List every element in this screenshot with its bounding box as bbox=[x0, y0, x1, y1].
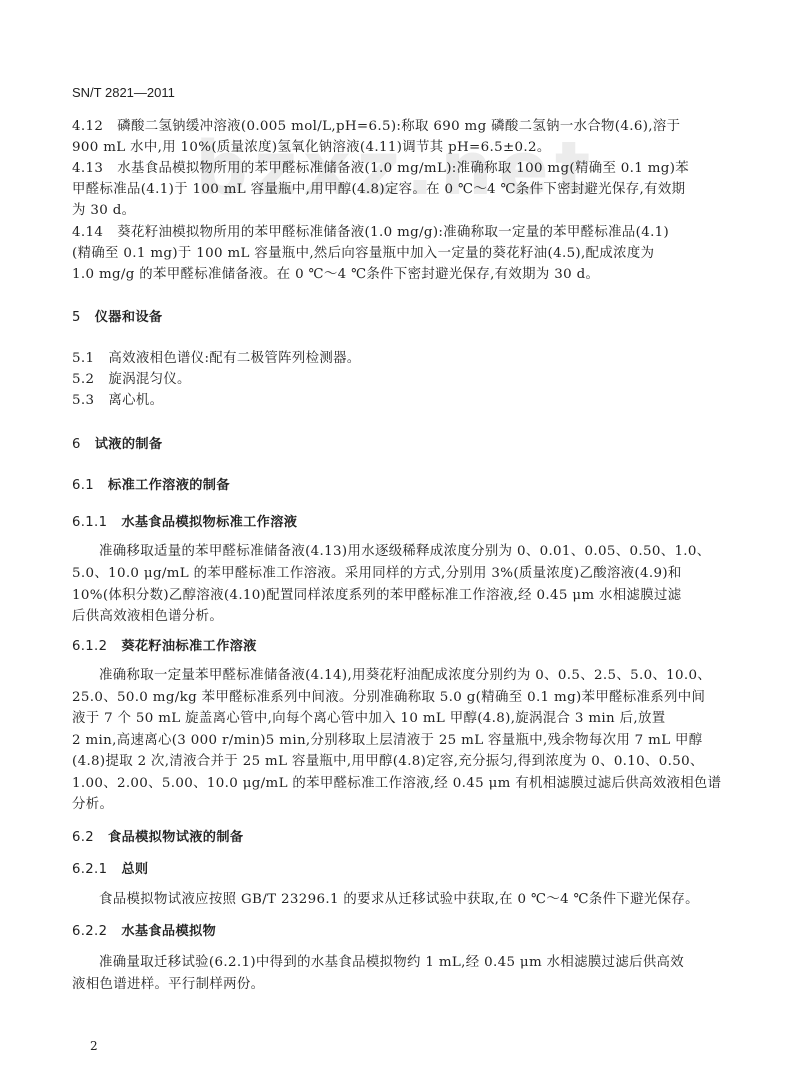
para-6-1-2-line-2: 25.0、50.0 mg/kg 苯甲醛标准系列中间液。分别准确称取 5.0 g(… bbox=[72, 690, 705, 706]
section-number: 6.1.1 bbox=[72, 515, 107, 531]
para-6-1-1-line-4: 后供高效液相色谱分析。 bbox=[72, 609, 223, 625]
item-text: 离心机。 bbox=[108, 393, 163, 408]
para-6-2-2-line-2: 液相色谱进样。平行制样两份。 bbox=[72, 977, 264, 993]
section-title: 食品模拟物试液的制备 bbox=[108, 830, 243, 845]
section-6-1-2-heading: 6.1.2葵花籽油标准工作溶液 bbox=[72, 639, 257, 655]
item-5-2: 5.2旋涡混匀仪。 bbox=[72, 372, 191, 388]
section-6-1-1-heading: 6.1.1水基食品模拟物标准工作溶液 bbox=[72, 515, 297, 531]
section-number: 6.2.1 bbox=[72, 862, 107, 878]
clause-text: 磷酸二氢钠缓冲溶液(0.005 mol/L,pH=6.5):称取 690 mg … bbox=[117, 119, 680, 134]
section-5-heading: 5仪器和设备 bbox=[72, 310, 162, 326]
item-text: 高效液相色谱仪:配有二极管阵列检测器。 bbox=[108, 351, 360, 366]
clause-text: 水基食品模拟物所用的苯甲醛标准储备液(1.0 mg/mL):准确称取 100 m… bbox=[117, 161, 689, 176]
clause-number: 4.12 bbox=[72, 119, 103, 135]
document-page: bzxz.net SN/T 2821—2011 4.12磷酸二氢钠缓冲溶液(0.… bbox=[0, 0, 800, 1090]
para-6-2-2-line-1: 准确量取迁移试验(6.2.1)中得到的水基食品模拟物约 1 mL,经 0.45 … bbox=[99, 955, 684, 971]
para-6-1-1-line-1: 准确移取适量的苯甲醛标准储备液(4.13)用水逐级稀释成浓度分别为 0、0.01… bbox=[99, 544, 711, 560]
section-title: 总则 bbox=[121, 862, 148, 877]
clause-number: 4.13 bbox=[72, 161, 103, 177]
para-6-1-2-line-6: 1.00、2.00、5.00、10.0 μg/mL 的苯甲醛标准工作溶液,经 0… bbox=[72, 776, 721, 792]
section-title: 葵花籽油标准工作溶液 bbox=[121, 639, 256, 654]
section-6-2-2-heading: 6.2.2水基食品模拟物 bbox=[72, 924, 216, 940]
clause-4-13-line-3: 为 30 d。 bbox=[72, 203, 135, 219]
clause-number: 4.14 bbox=[72, 225, 103, 241]
section-6-heading: 6试液的制备 bbox=[72, 437, 162, 453]
section-number: 6.1.2 bbox=[72, 639, 107, 655]
section-title: 水基食品模拟物 bbox=[121, 924, 216, 939]
section-title: 仪器和设备 bbox=[95, 310, 163, 325]
para-6-1-1-line-3: 10%(体积分数)乙醇溶液(4.10)配置同样浓度系列的苯甲醛标准工作溶液,经 … bbox=[72, 588, 682, 604]
standard-code-header: SN/T 2821—2011 bbox=[72, 85, 175, 101]
para-6-1-2-line-1: 准确称取一定量苯甲醛标准储备液(4.14),用葵花籽油配成浓度分别约为 0、0.… bbox=[99, 668, 711, 684]
para-6-1-1-line-2: 5.0、10.0 μg/mL 的苯甲醛标准工作溶液。采用同样的方式,分别用 3%… bbox=[72, 566, 682, 582]
section-6-1-heading: 6.1标准工作溶液的制备 bbox=[72, 478, 230, 494]
section-title: 试液的制备 bbox=[95, 437, 163, 452]
section-6-2-1-heading: 6.2.1总则 bbox=[72, 862, 148, 878]
section-number: 6.2.2 bbox=[72, 924, 107, 940]
item-number: 5.1 bbox=[72, 351, 94, 367]
para-6-1-2-line-3: 液于 7 个 50 mL 旋盖离心管中,向每个离心管中加入 10 mL 甲醇(4… bbox=[72, 711, 665, 727]
item-number: 5.2 bbox=[72, 372, 94, 388]
clause-4-14-line-1: 4.14葵花籽油模拟物所用的苯甲醛标准储备液(1.0 mg/g):准确称取一定量… bbox=[72, 225, 669, 241]
section-number: 6.2 bbox=[72, 830, 94, 846]
clause-text: 葵花籽油模拟物所用的苯甲醛标准储备液(1.0 mg/g):准确称取一定量的苯甲醛… bbox=[117, 225, 669, 240]
clause-4-12-line-2: 900 mL 水中,用 10%(质量浓度)氢氧化钠溶液(4.11)调节其 pH=… bbox=[72, 140, 551, 156]
clause-4-14-line-3: 1.0 mg/g 的苯甲醛标准储备液。在 0 ℃～4 ℃条件下密封避光保存,有效… bbox=[72, 267, 599, 283]
clause-4-13-line-1: 4.13水基食品模拟物所用的苯甲醛标准储备液(1.0 mg/mL):准确称取 1… bbox=[72, 161, 689, 177]
clause-4-12-line-1: 4.12磷酸二氢钠缓冲溶液(0.005 mol/L,pH=6.5):称取 690… bbox=[72, 119, 680, 135]
section-number: 5 bbox=[72, 310, 81, 326]
clause-4-13-line-2: 甲醛标准品(4.1)于 100 mL 容量瓶中,用甲醇(4.8)定容。在 0 ℃… bbox=[72, 182, 685, 198]
section-title: 标准工作溶液的制备 bbox=[108, 478, 230, 493]
item-5-3: 5.3离心机。 bbox=[72, 393, 163, 409]
para-6-1-2-line-7: 分析。 bbox=[72, 797, 113, 813]
para-6-1-2-line-4: 2 min,高速离心(3 000 r/min)5 min,分别移取上层清液于 2… bbox=[72, 733, 703, 749]
section-6-2-heading: 6.2食品模拟物试液的制备 bbox=[72, 830, 243, 846]
clause-4-14-line-2: (精确至 0.1 mg)于 100 mL 容量瓶中,然后向容量瓶中加入一定量的葵… bbox=[72, 246, 654, 262]
section-title: 水基食品模拟物标准工作溶液 bbox=[121, 515, 297, 530]
item-number: 5.3 bbox=[72, 393, 94, 409]
section-number: 6 bbox=[72, 437, 81, 453]
item-5-1: 5.1高效液相色谱仪:配有二极管阵列检测器。 bbox=[72, 351, 361, 367]
section-number: 6.1 bbox=[72, 478, 94, 494]
item-text: 旋涡混匀仪。 bbox=[108, 372, 190, 387]
page-number: 2 bbox=[90, 1038, 98, 1054]
para-6-1-2-line-5: (4.8)提取 2 次,清液合并于 25 mL 容量瓶中,用甲醇(4.8)定容,… bbox=[72, 754, 704, 770]
para-6-2-1-line-1: 食品模拟物试液应按照 GB/T 23296.1 的要求从迁移试验中获取,在 0 … bbox=[99, 892, 699, 908]
